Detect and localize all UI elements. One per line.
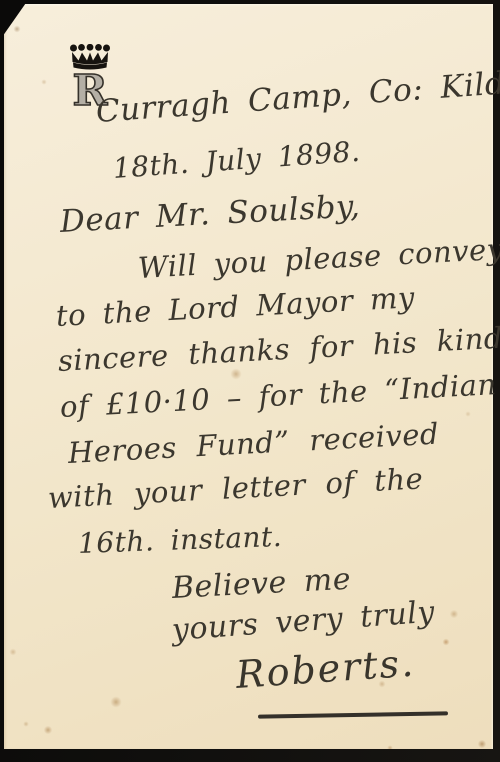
body-line-5: Heroes Fund” received [67,417,440,470]
place-line: Curragh Camp, Co: Kildare [95,62,500,130]
closing-line-1: Believe me [171,562,352,606]
letter-photograph: R Curragh Camp, Co: Kildare 18th. July 1… [0,0,500,762]
body-line-7: 16th. instant. [77,520,282,560]
date-line: 18th. July 1898. [112,135,362,185]
body-line-4: of £10·10 – for the “Indian [59,367,497,424]
body-line-1: Will you please convey [137,232,500,285]
body-line-2: to the Lord Mayor my [55,280,415,333]
salutation-line: Dear Mr. Soulsby, [59,188,361,240]
signature: Roberts. [234,641,416,697]
signature-underline [258,711,448,718]
body-line-6: with your letter of the [47,461,424,515]
letter-content: R Curragh Camp, Co: Kildare 18th. July 1… [0,0,500,762]
